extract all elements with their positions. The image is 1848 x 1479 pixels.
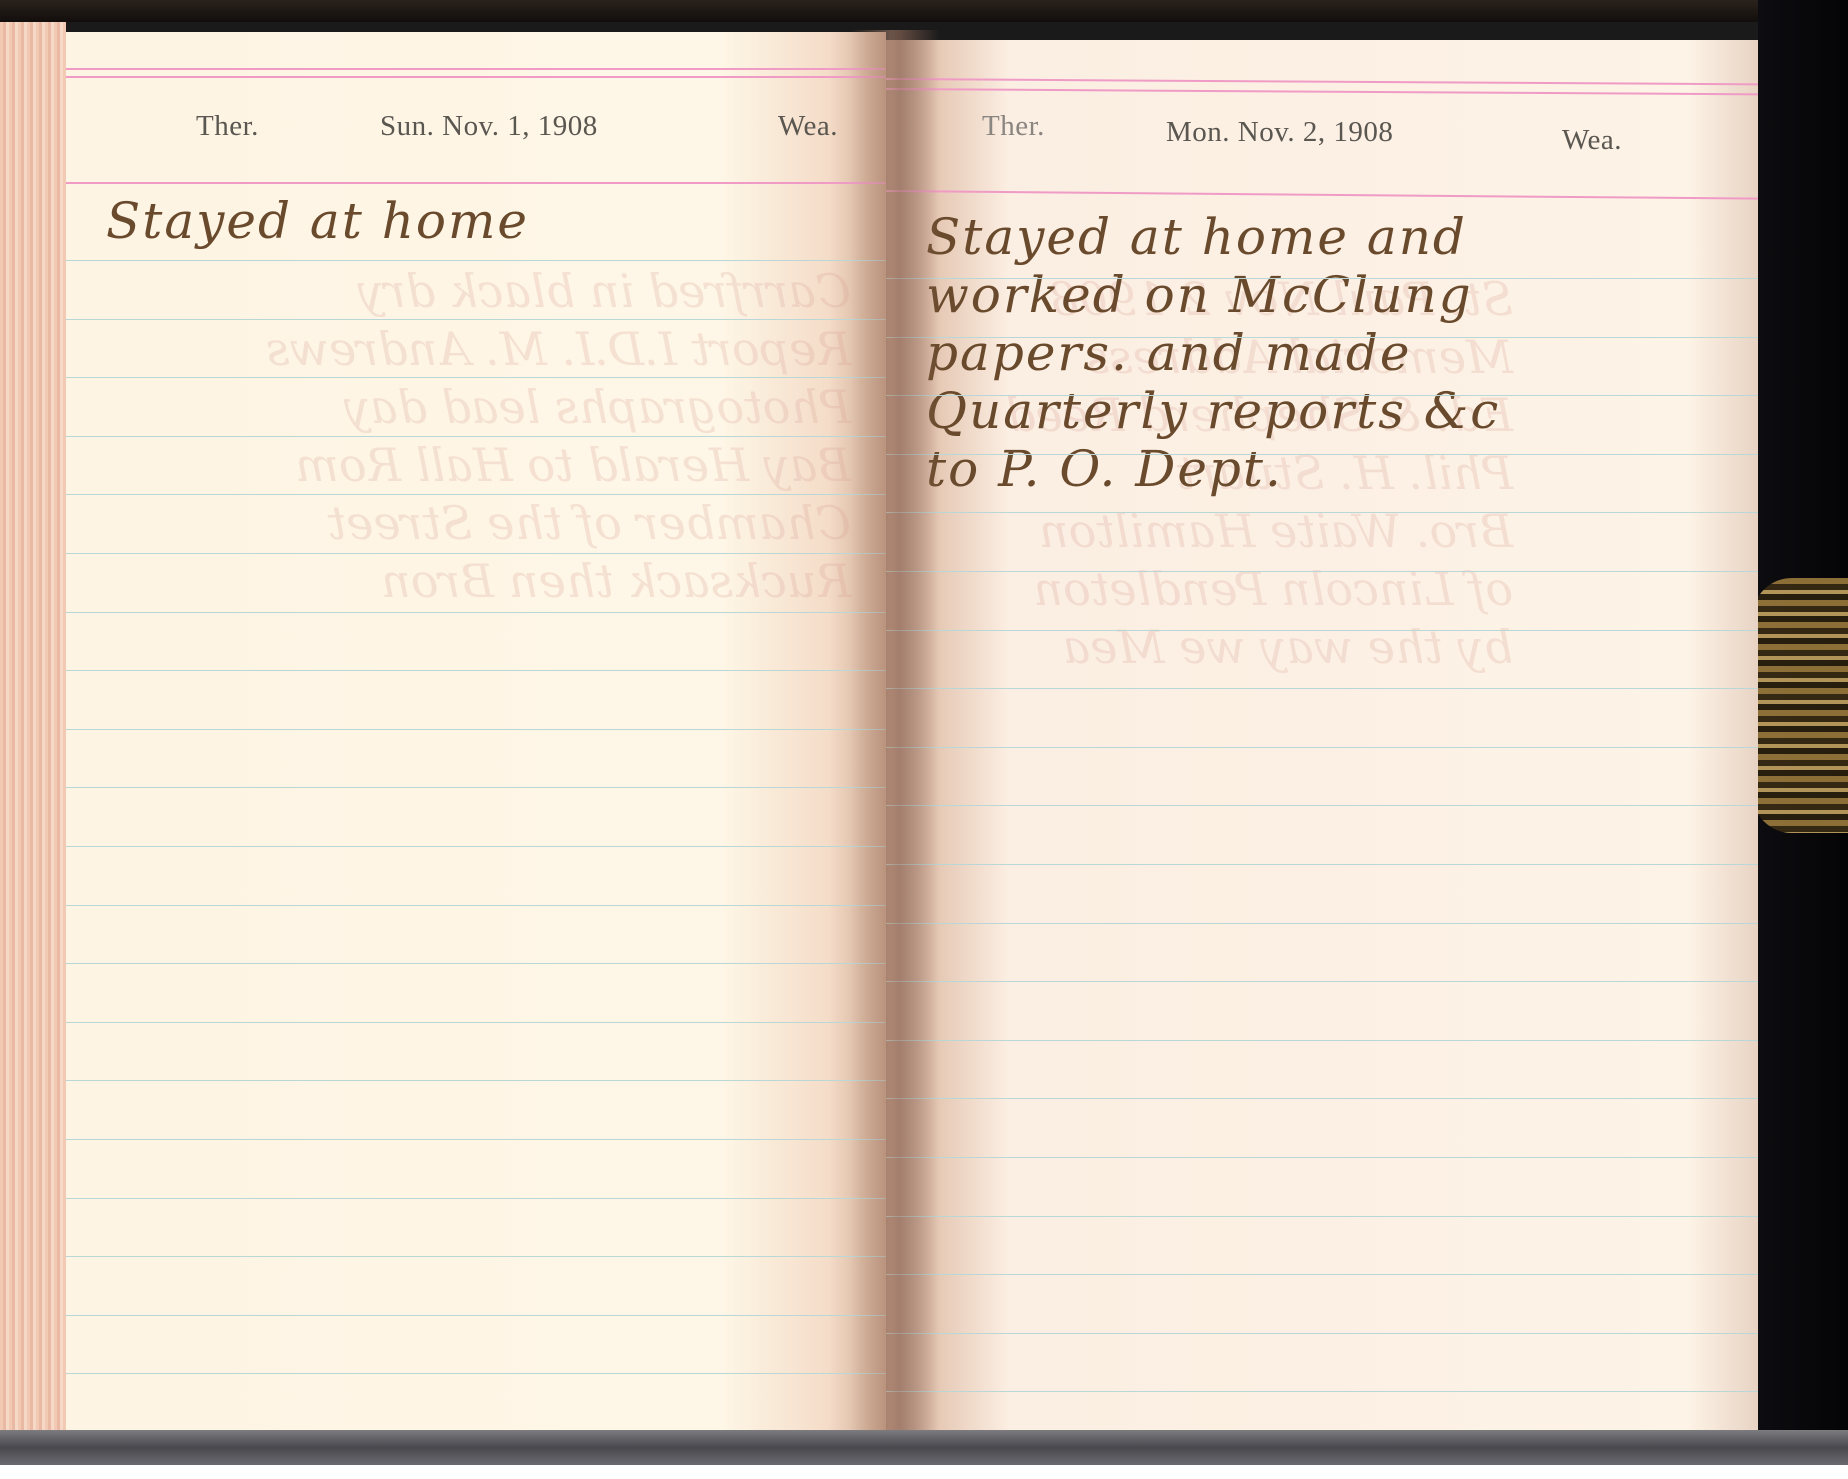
ruled-line — [886, 1040, 1758, 1041]
ruled-line — [886, 630, 1758, 631]
ruled-line — [886, 337, 1758, 338]
header-rule-bottom — [886, 190, 1758, 200]
ruled-line — [886, 1333, 1758, 1334]
brass-clasp — [1752, 578, 1848, 833]
ruled-line — [886, 1274, 1758, 1275]
ruled-line — [886, 981, 1758, 982]
entry-line: Stayed at home and — [926, 208, 1500, 266]
ruled-line — [886, 747, 1758, 748]
entry-line: papers. and made — [926, 324, 1500, 382]
ruled-line — [886, 1391, 1758, 1392]
page-date: Mon. Nov. 2, 1908 — [1166, 116, 1393, 149]
ruled-line — [886, 571, 1758, 572]
ruled-line — [66, 846, 886, 847]
ruled-line — [886, 864, 1758, 865]
ruled-line — [66, 436, 886, 437]
header-rule-bottom — [66, 182, 886, 184]
header-rule-top-1 — [886, 78, 1758, 85]
book-gutter — [850, 30, 940, 1435]
left-page: Ther. Sun. Nov. 1, 1908 Wea. Carrfred in… — [66, 32, 886, 1432]
entry-line: Quarterly reports &c — [926, 382, 1500, 440]
date-day: Mon. — [1166, 116, 1230, 148]
ruled-line — [886, 688, 1758, 689]
book-cover-top-edge — [0, 0, 1848, 22]
ruled-line — [66, 1022, 886, 1023]
date-rest: Nov. 2, 1908 — [1238, 116, 1394, 148]
ruled-line — [66, 494, 886, 495]
date-day: Sun. — [380, 110, 434, 142]
scanned-diary-spread: Ther. Sun. Nov. 1, 1908 Wea. Carrfred in… — [0, 0, 1848, 1465]
ruled-line — [66, 1198, 886, 1199]
scanner-background-bottom — [0, 1430, 1848, 1465]
ruled-line — [66, 1139, 886, 1140]
right-page: Ther. Mon. Nov. 2, 1908 Wea. St. Paul No… — [886, 40, 1758, 1432]
ruled-line — [886, 805, 1758, 806]
ruled-line — [886, 512, 1758, 513]
header-rule-top-1 — [66, 68, 886, 70]
ruled-line — [66, 377, 886, 378]
date-rest: Nov. 1, 1908 — [442, 110, 598, 142]
ruled-line — [66, 787, 886, 788]
ruled-line — [66, 1315, 886, 1316]
ruled-line — [66, 963, 886, 964]
ruled-line — [66, 1080, 886, 1081]
ruled-line — [886, 454, 1758, 455]
ruled-line — [886, 1098, 1758, 1099]
wea-label: Wea. — [778, 110, 838, 143]
ruled-line — [66, 905, 886, 906]
header-rule-top-2 — [66, 76, 886, 78]
ruled-line — [66, 260, 886, 261]
wea-label: Wea. — [1562, 124, 1622, 157]
ruled-line — [66, 319, 886, 320]
entry-line: to P. O. Dept. — [926, 440, 1500, 498]
header-rule-top-2 — [886, 88, 1758, 95]
ruled-line — [886, 1157, 1758, 1158]
page-date: Sun. Nov. 1, 1908 — [380, 110, 598, 143]
ruled-line — [66, 612, 886, 613]
entry-line: worked on McClung — [926, 266, 1500, 324]
ther-label: Ther. — [982, 110, 1045, 143]
ruled-line — [886, 278, 1758, 279]
ruled-line — [66, 729, 886, 730]
ruled-line — [886, 923, 1758, 924]
page-edges-left — [0, 22, 66, 1434]
ruled-line — [886, 1216, 1758, 1217]
ruled-line — [66, 1373, 886, 1374]
ruled-line — [66, 670, 886, 671]
ruled-line — [66, 553, 886, 554]
ruled-line — [66, 1256, 886, 1257]
entry-line: Stayed at home — [106, 192, 529, 250]
ruled-line — [886, 395, 1758, 396]
ther-label: Ther. — [196, 110, 259, 143]
